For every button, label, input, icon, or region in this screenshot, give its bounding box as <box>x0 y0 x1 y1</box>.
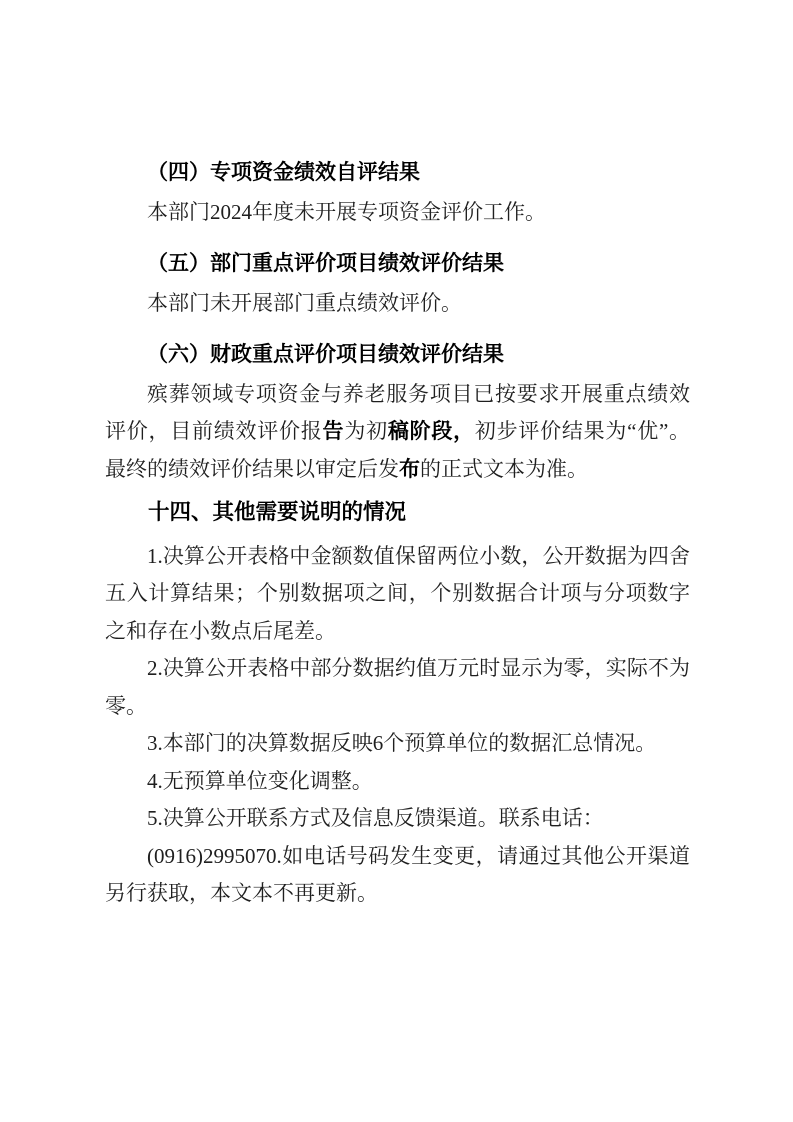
emphasis-segment: 布 <box>399 458 420 481</box>
document-page: （四）专项资金绩效自评结果 本部门2024年度未开展专项资金评价工作。 （五）部… <box>0 0 793 1122</box>
chapter-heading-other-notes: 十四、其他需要说明的情况 <box>105 494 690 532</box>
note-item-contact-phone: (0916)2995070.如电话号码发生变更，请通过其他公开渠道另行获取，本文… <box>105 838 690 913</box>
note-item-2: 2.决算公开表格中部分数据约值万元时显示为零，实际不为零。 <box>105 650 690 725</box>
section-finance-key-eval: （六）财政重点评价项目绩效评价结果 殡葬领域专项资金与养老服务项目已按要求开展重… <box>105 336 690 488</box>
note-item-4: 4.无预算单位变化调整。 <box>105 763 690 801</box>
emphasis-segment: 稿阶段， <box>388 420 475 443</box>
text-segment: 为初 <box>344 419 388 443</box>
note-item-1: 1.决算公开表格中金额数值保留两位小数，公开数据为四舍五入计算结果；个别数据项之… <box>105 538 690 651</box>
section-other-notes: 十四、其他需要说明的情况 1.决算公开表格中金额数值保留两位小数，公开数据为四舍… <box>105 494 690 913</box>
section-heading-dept-key-eval: （五）部门重点评价项目绩效评价结果 <box>105 245 690 283</box>
note-item-5: 5.决算公开联系方式及信息反馈渠道。联系电话： <box>105 800 690 838</box>
note-item-3: 3.本部门的决算数据反映6个预算单位的数据汇总情况。 <box>105 725 690 763</box>
section-body-special-funds-self-eval: 本部门2024年度未开展专项资金评价工作。 <box>105 194 690 232</box>
section-body-finance-key-eval: 殡葬领域专项资金与养老服务项目已按要求开展重点绩效评价，目前绩效评价报告为初稿阶… <box>105 376 690 489</box>
section-special-funds-self-eval: （四）专项资金绩效自评结果 本部门2024年度未开展专项资金评价工作。 <box>105 154 690 231</box>
section-dept-key-eval: （五）部门重点评价项目绩效评价结果 本部门未开展部门重点绩效评价。 <box>105 245 690 322</box>
section-heading-finance-key-eval: （六）财政重点评价项目绩效评价结果 <box>105 336 690 374</box>
emphasis-segment: 告 <box>323 420 345 443</box>
section-heading-special-funds-self-eval: （四）专项资金绩效自评结果 <box>105 154 690 192</box>
text-segment: 的正式文本为准。 <box>420 457 588 481</box>
section-body-dept-key-eval: 本部门未开展部门重点绩效评价。 <box>105 285 690 323</box>
